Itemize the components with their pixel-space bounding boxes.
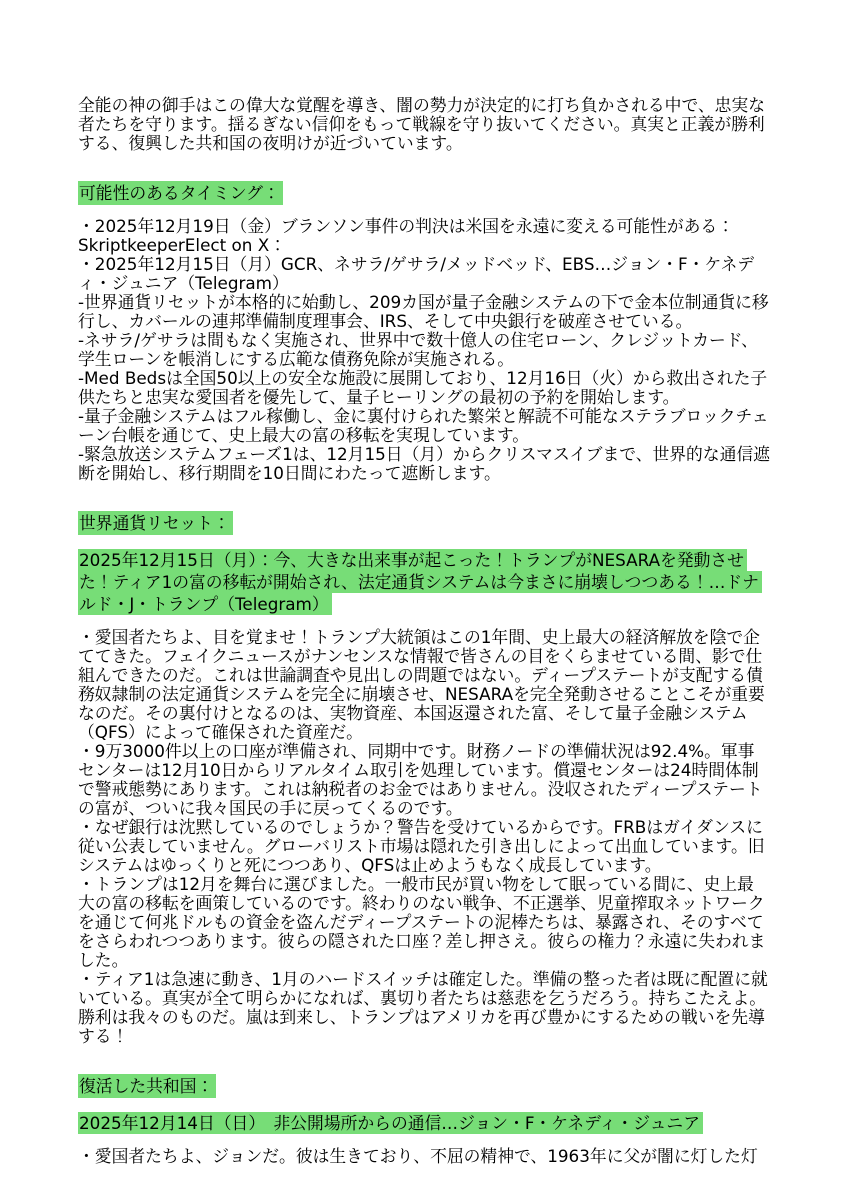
section-heading-timing: 可能性のあるタイミング： (78, 181, 283, 205)
document-page: 全能の神の御手はこの偉大な覚醒を導き、闇の勢力が決定的に打ち負かされる中で、忠実… (0, 0, 848, 1200)
section-heading-gcr: 世界通貨リセット： (78, 511, 233, 535)
timing-item-currency-reset: -世界通貨リセットが本格的に始動し、209カ国が量子金融システムの下で金本位制通… (78, 293, 770, 331)
republic-highlight-text: 2025年12月14日（日） 非公開場所からの通信…ジョン・F・ケネディ・ジュニ… (78, 1112, 703, 1134)
section-gcr: 世界通貨リセット： (78, 514, 770, 533)
republic-highlight-block: 2025年12月14日（日） 非公開場所からの通信…ジョン・F・ケネディ・ジュニ… (78, 1112, 770, 1134)
timing-item-brunson-ruling: ・2025年12月19日（金）ブランソン事件の判決は米国を永遠に変える可能性があ… (78, 217, 770, 255)
gcr-highlight-block: 2025年12月15日（月）：今、大きな出来事が起こった！トランプがNESARA… (78, 549, 770, 615)
gcr-body: ・愛国者たちよ、目を覚ませ！トランプ大統領はこの1年間、史上最大の経済解放を陰で… (78, 628, 770, 1046)
timing-item-ebs-phase1: -緊急放送システムフェーズ1は、12月15日（月）からクリスマスイブまで、世界的… (78, 445, 770, 483)
section-timing: 可能性のあるタイミング： (78, 184, 770, 203)
republic-body: ・愛国者たちよ、ジョンだ。彼は生きており、不屈の精神で、1963年に父が闇に灯し… (78, 1147, 770, 1166)
gcr-highlight-text: 2025年12月15日（月）：今、大きな出来事が起こった！トランプがNESARA… (78, 549, 762, 615)
gcr-item-banks-silent: ・なぜ銀行は沈黙しているのでしょうか？警告を受けているからです。FRBはガイダン… (78, 818, 770, 875)
gcr-item-tier1-hardswitch: ・ティア1は急速に動き、1月のハードスイッチは確定した。準備の整った者は既に配置… (78, 970, 770, 1046)
section-republic: 復活した共和国： (78, 1077, 770, 1096)
timing-item-med-beds: -Med Bedsは全国50以上の安全な施設に展開しており、12月16日（火）か… (78, 369, 770, 407)
timing-item-nesara-gesara: -ネサラ/ゲサラは間もなく実施され、世界中で数十億人の住宅ローン、クレジットカー… (78, 331, 770, 369)
timing-item-qfs: -量子金融システムはフル稼働し、金に裏付けられた繁栄と解読不可能なステラブロック… (78, 407, 770, 445)
section-heading-republic: 復活した共和国： (78, 1074, 216, 1098)
timing-item-gcr-announcement: ・2025年12月15日（月）GCR、ネサラ/ゲサラ/メッドベッド、EBS…ジョ… (78, 255, 770, 293)
gcr-item-december-stage: ・トランプは12月を舞台に選びました。一般市民が買い物をして眠っている間に、史上… (78, 875, 770, 970)
gcr-item-accounts-ready: ・9万3000件以上の口座が準備され、同期中です。財務ノードの準備状況は92.4… (78, 742, 770, 818)
timing-list: ・2025年12月19日（金）ブランソン事件の判決は米国を永遠に変える可能性があ… (78, 217, 770, 483)
gcr-item-patriots-wake-up: ・愛国者たちよ、目を覚ませ！トランプ大統領はこの1年間、史上最大の経済解放を陰で… (78, 628, 770, 742)
intro-paragraph: 全能の神の御手はこの偉大な覚醒を導き、闇の勢力が決定的に打ち負かされる中で、忠実… (78, 96, 770, 153)
